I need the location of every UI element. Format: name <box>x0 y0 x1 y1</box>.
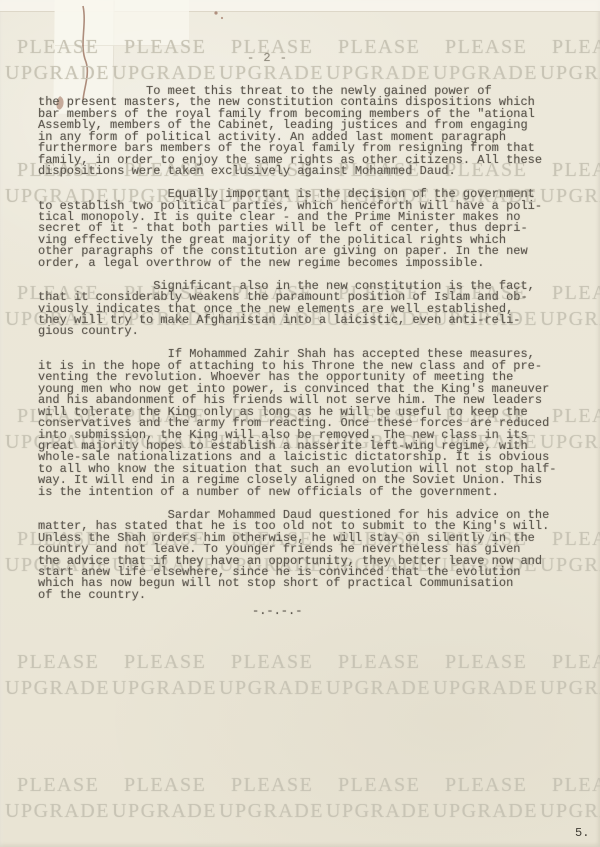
watermark-word: PLEASE <box>552 36 600 59</box>
watermark-row: PLEASEPLEASEPLEASEPLEASEPLEASEPLEASE <box>17 774 600 797</box>
watermark-word: PLEASE <box>338 774 445 797</box>
watermark-word: UPGRADE <box>326 62 433 85</box>
watermark-word: PLEASE <box>17 774 124 797</box>
watermark-word: PLEASE <box>17 651 124 674</box>
watermark-word: UPGRADE <box>433 677 540 700</box>
watermark-row: UPGRADEUPGRADEUPGRADEUPGRADEUPGRADEUPGRA… <box>5 677 600 700</box>
watermark-word: PLEASE <box>552 405 600 428</box>
watermark-row: UPGRADEUPGRADEUPGRADEUPGRADEUPGRADEUPGRA… <box>5 62 600 85</box>
section-separator: -.-.-.- <box>252 604 302 618</box>
watermark-word: UPGRADE <box>540 62 600 85</box>
watermark-word: UPGRADE <box>326 677 433 700</box>
watermark-word: PLEASE <box>231 651 338 674</box>
watermark-word: UPGRADE <box>219 677 326 700</box>
watermark-word: PLEASE <box>445 774 552 797</box>
watermark-word: PLEASE <box>552 651 600 674</box>
watermark-word: PLEASE <box>124 651 231 674</box>
watermark-word: PLEASE <box>552 159 600 182</box>
paragraph-1: To meet this threat to the newly gained … <box>38 86 556 178</box>
watermark-word: PLEASE <box>445 36 552 59</box>
watermark-word: PLEASE <box>552 774 600 797</box>
watermark-word: UPGRADE <box>5 62 112 85</box>
watermark-word: UPGRADE <box>219 800 326 823</box>
watermark-word: PLEASE <box>552 282 600 305</box>
watermark-row: PLEASEPLEASEPLEASEPLEASEPLEASEPLEASE <box>17 651 600 674</box>
watermark-word: UPGRADE <box>5 800 112 823</box>
paragraph-2: Equally important is the decision of the… <box>38 189 556 269</box>
watermark-word: PLEASE <box>124 774 231 797</box>
page-number: - 2 - <box>247 51 288 65</box>
watermark-word: UPGRADE <box>326 800 433 823</box>
watermark-row: PLEASEPLEASEPLEASEPLEASEPLEASEPLEASE <box>17 36 600 59</box>
paragraph-3: Significant also in the new constitution… <box>38 281 556 338</box>
watermark-word: UPGRADE <box>112 800 219 823</box>
watermark-word: PLEASE <box>338 651 445 674</box>
paragraph-4: If Mohammed Zahir Shah has accepted thes… <box>38 349 556 498</box>
watermark-word: PLEASE <box>445 651 552 674</box>
watermark-word: UPGRADE <box>433 62 540 85</box>
watermark-word: PLEASE <box>231 774 338 797</box>
watermark-word: UPGRADE <box>219 62 326 85</box>
watermark-word: UPGRADE <box>540 800 600 823</box>
watermark-word: UPGRADE <box>112 677 219 700</box>
watermark-word: PLEASE <box>17 36 124 59</box>
watermark-word: PLEASE <box>552 528 600 551</box>
scanned-document-page: PLEASEPLEASEPLEASEPLEASEPLEASEPLEASEUPGR… <box>0 0 600 847</box>
sheet-number: 5. <box>575 826 589 840</box>
watermark-word: UPGRADE <box>5 677 112 700</box>
document-body: To meet this threat to the newly gained … <box>38 86 556 613</box>
watermark-word: PLEASE <box>124 36 231 59</box>
watermark-word: UPGRADE <box>112 62 219 85</box>
watermark-word: UPGRADE <box>433 800 540 823</box>
watermark-word: UPGRADE <box>540 677 600 700</box>
paragraph-5: Sardar Mohammed Daud questioned for his … <box>38 510 556 602</box>
watermark-word: PLEASE <box>338 36 445 59</box>
watermark-row: UPGRADEUPGRADEUPGRADEUPGRADEUPGRADEUPGRA… <box>5 800 600 823</box>
